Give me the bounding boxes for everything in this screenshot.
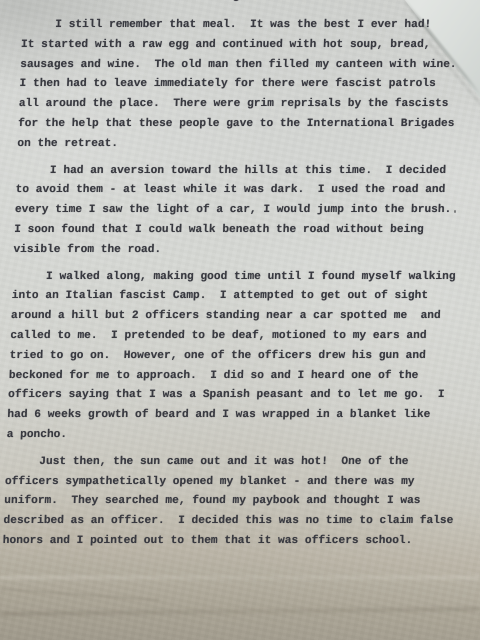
paragraph: I still remember that meal. It was the b… [17,16,480,155]
paragraph: Just then, the sun came out and it was h… [2,453,476,552]
text-line: beckoned for me to approach. I did so an… [8,367,479,387]
text-line: around a hill but 2 officers standing ne… [11,307,480,327]
text-line: for the help that these people gave to t… [18,115,480,135]
text-line: officers sympathetically opened my blank… [5,473,476,493]
text-line: I soon found that I could walk beneath t… [14,221,480,241]
text-line: I still remember that meal. It was the b… [21,16,480,36]
text-line: I then had to leave immediately for ther… [19,75,480,95]
bottom-crease [0,607,480,615]
typewritten-text-block: I still remember that meal. It was the b… [2,16,480,552]
text-line: I walked along, making good time until I… [12,268,480,288]
photographed-document-page: -3- I still remember that meal. It was t… [0,0,480,640]
text-line: honors and I pointed out to them that it… [2,532,473,552]
text-line: called to me. I pretended to be deaf, mo… [10,327,480,347]
bottom-crease-highlight [0,576,480,579]
text-line: sausages and wine. The old man then fill… [20,56,480,76]
paragraph: I had an aversion toward the hills at th… [13,162,480,261]
text-line: into an Italian fascist Camp. I attempte… [11,287,480,307]
text-line: to avoid them - at least while it was da… [15,181,480,201]
page-number: -3- [225,0,248,5]
text-line: tried to go on. However, one of the offi… [9,347,480,367]
text-line: officers saying that I was a Spanish pea… [8,386,479,406]
text-line: a poncho. [6,426,477,446]
bottom-left-wrinkle [0,588,160,601]
text-line: visible from the road. [13,241,480,261]
text-line: I had an aversion toward the hills at th… [16,162,480,182]
text-line: It started with a raw egg and continued … [21,36,480,56]
text-line: Just then, the sun came out and it was h… [5,453,476,473]
text-line: uniform. They searched me, found my payb… [4,492,475,512]
text-line: had 6 weeks growth of beard and I was wr… [7,406,478,426]
text-line: all around the place. There were grim re… [18,95,480,115]
text-line: every time I saw the light of a car, I w… [14,201,480,221]
text-line: on the retreat. [17,135,480,155]
text-line: described as an officer. I decided this … [3,512,474,532]
paragraph: I walked along, making good time until I… [6,268,480,446]
